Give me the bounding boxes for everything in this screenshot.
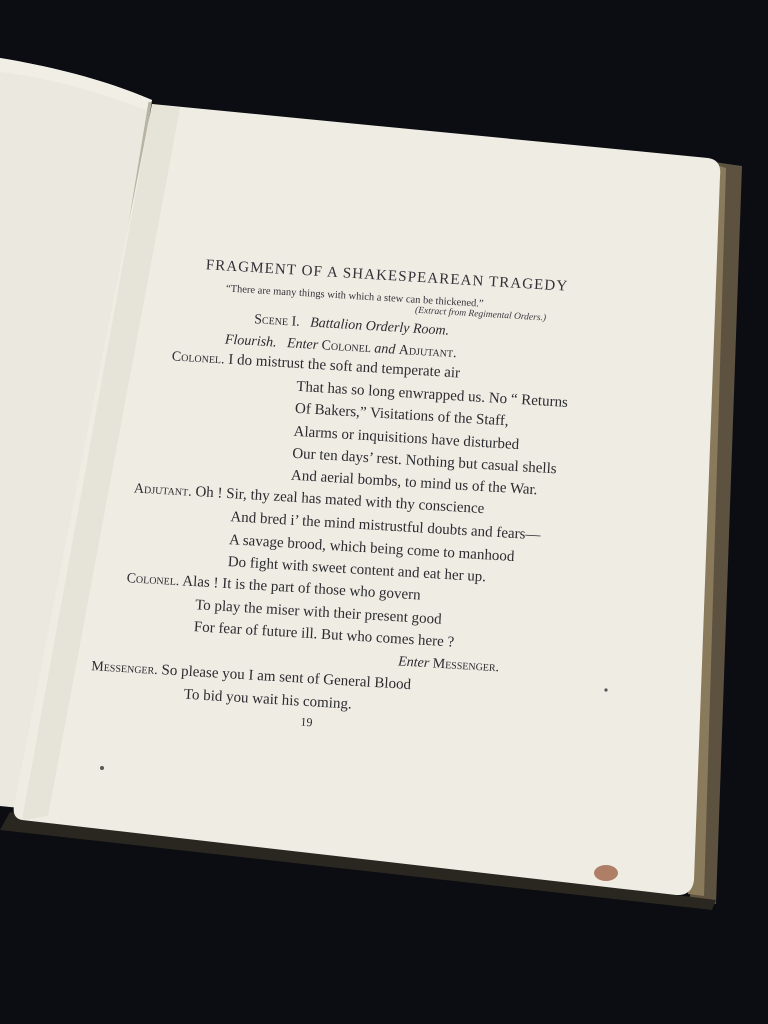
speaker-name: Colonel.: [171, 346, 225, 371]
scene-label: Scene I.: [254, 312, 300, 330]
speech-colonel-1: Colonel. I do mistrust the soft and temp…: [165, 345, 582, 503]
speck: [100, 766, 104, 770]
stain-mark: [594, 865, 618, 881]
speaker-name: Messenger.: [91, 656, 159, 682]
speaker-name: Colonel.: [126, 568, 180, 593]
speaker-name: Adjutant.: [133, 479, 192, 505]
photo-scene: FRAGMENT OF A SHAKESPEAREAN TRAGEDY “The…: [0, 0, 768, 1024]
scene-location: Battalion Orderly Room.: [310, 316, 450, 339]
page-text: FRAGMENT OF A SHAKESPEAREAN TRAGEDY “The…: [90, 252, 587, 745]
